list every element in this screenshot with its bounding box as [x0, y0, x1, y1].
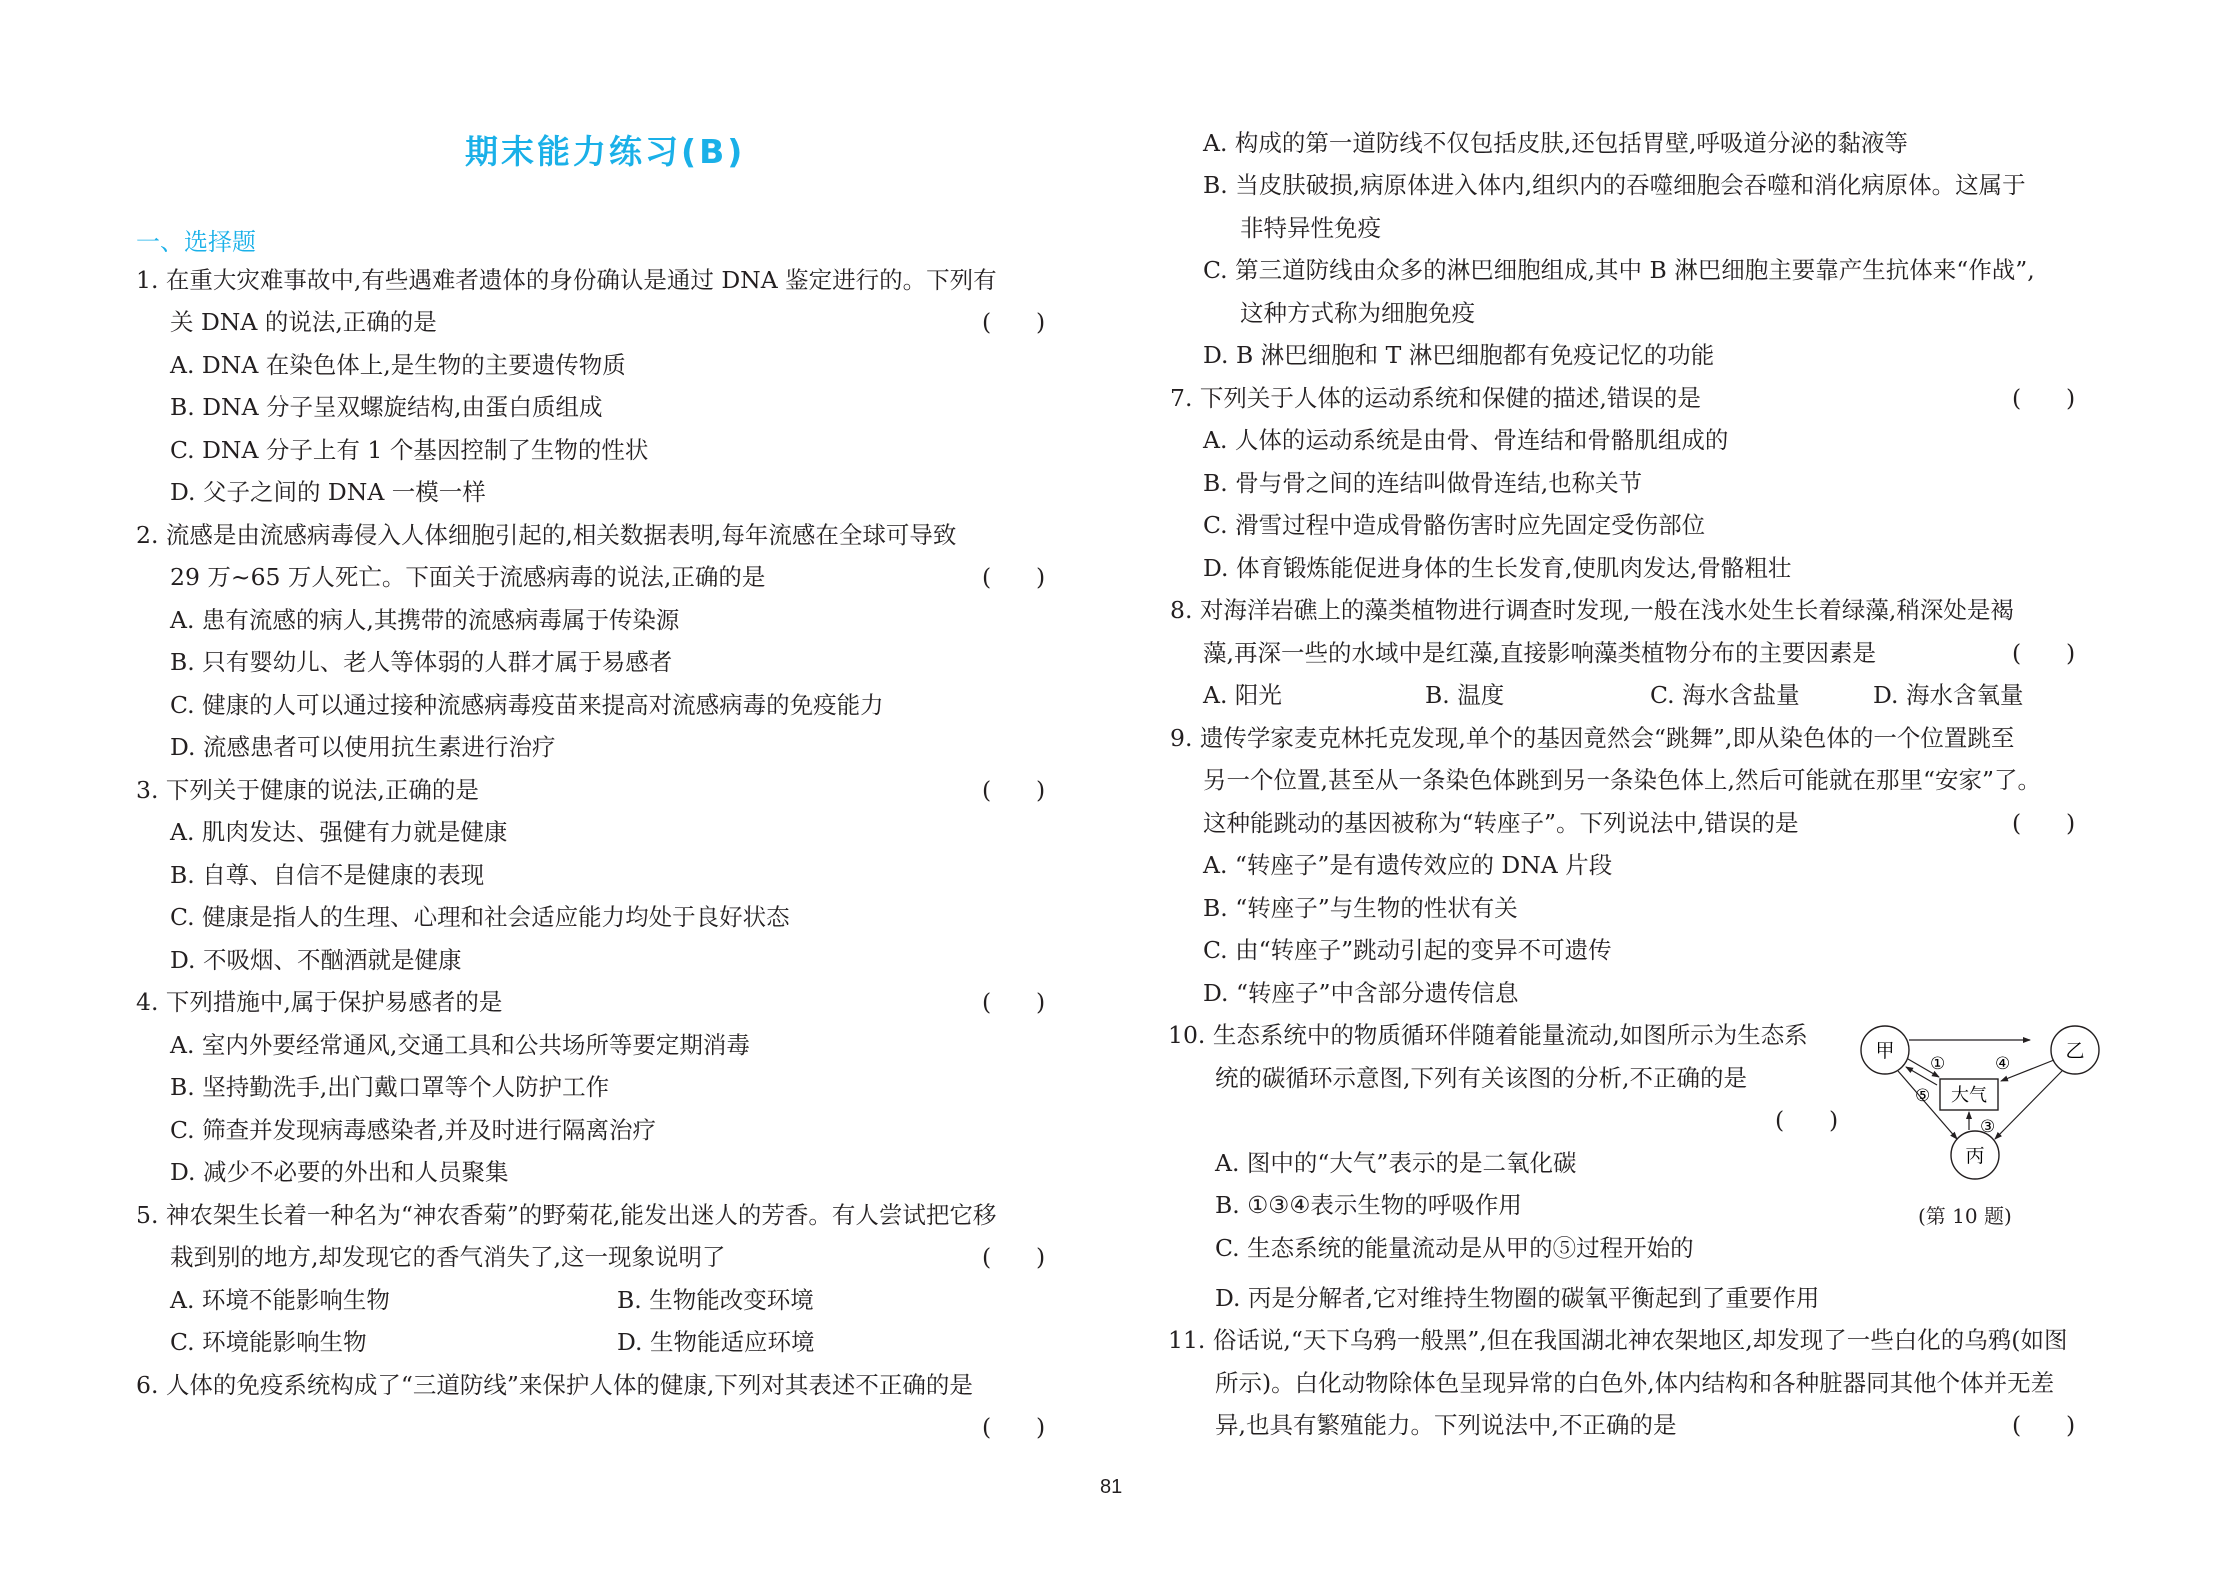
question-line: A. DNA 在染色体上,是生物的主要遗传物质 [170, 350, 626, 380]
question-line: D. 丙是分解者,它对维持生物圈的碳氧平衡起到了重要作用 [1215, 1283, 1819, 1313]
question-line: D. 减少不必要的外出和人员聚集 [170, 1157, 508, 1187]
answer-blank[interactable]: ( ) [982, 307, 1045, 337]
question-line: 1. 在重大灾难事故中,有些遇难者遗体的身份确认是通过 DNA 鉴定进行的。下列… [136, 265, 997, 295]
question-line: 8. 对海洋岩礁上的藻类植物进行调查时发现,一般在浅水处生长着绿藻,稍深处是褐 [1170, 595, 2014, 625]
question-line: C. 生态系统的能量流动是从甲的⑤过程开始的 [1215, 1233, 1694, 1263]
label-4: ④ [1995, 1054, 2010, 1074]
question-line: 6. 人体的免疫系统构成了“三道防线”来保护人体的健康,下列对其表述不正确的是 [136, 1370, 973, 1400]
answer-blank[interactable]: ( ) [1775, 1105, 1838, 1135]
question-line: 5. 神农架生长着一种名为“神农香菊”的野菊花,能发出迷人的芳香。有人尝试把它移 [136, 1200, 996, 1230]
exam-page: 期末能力练习(B) 一、选择题 1. 在重大灾难事故中,有些遇难者遗体的身份确认… [0, 0, 2220, 1571]
question-line: C. DNA 分子上有 1 个基因控制了生物的性状 [170, 435, 648, 465]
question-line: 这种能跳动的基因被称为“转座子”。下列说法中,错误的是 [1203, 808, 1799, 838]
node-jia: 甲 [1861, 1026, 1909, 1074]
question-line: 统的碳循环示意图,下列有关该图的分析,不正确的是 [1215, 1063, 1747, 1093]
question-line: B. “转座子”与生物的性状有关 [1203, 893, 1518, 923]
arrow-yi-bing [1995, 1071, 2062, 1139]
question-line: B. 坚持勤洗手,出门戴口罩等个人防护工作 [170, 1072, 609, 1102]
figure-caption: (第 10 题) [1918, 1203, 2012, 1229]
question-line: A. 人体的运动系统是由骨、骨连结和骨骼肌组成的 [1203, 425, 1728, 455]
label-5: ⑤ [1915, 1086, 1930, 1106]
question-line: 藻,再深一些的水域中是红藻,直接影响藻类植物分布的主要因素是 [1203, 638, 1876, 668]
question-line: C. 筛查并发现病毒感染者,并及时进行隔离治疗 [170, 1115, 656, 1145]
question-line: C. 滑雪过程中造成骨骼伤害时应先固定受伤部位 [1203, 510, 1705, 540]
question-line: B. 自尊、自信不是健康的表现 [170, 860, 484, 890]
question-line: 29 万~65 万人死亡。下面关于流感病毒的说法,正确的是 [170, 562, 765, 592]
question-line: D. 生物能适应环境 [617, 1327, 814, 1357]
question-line: A. 室内外要经常通风,交通工具和公共场所等要定期消毒 [170, 1030, 750, 1060]
question-line: D. “转座子”中含部分遗传信息 [1203, 978, 1518, 1008]
question-line: B. DNA 分子呈双螺旋结构,由蛋白质组成 [170, 392, 603, 422]
page-title: 期末能力练习(B) [465, 126, 745, 173]
question-line: 栽到别的地方,却发现它的香气消失了,这一现象说明了 [170, 1242, 725, 1272]
svg-text:乙: 乙 [2065, 1040, 2084, 1062]
page-number: 81 [1100, 1476, 1122, 1499]
svg-text:丙: 丙 [1965, 1145, 1984, 1167]
answer-blank[interactable]: ( ) [2012, 383, 2075, 413]
svg-text:大气: 大气 [1951, 1085, 1987, 1106]
question-line: 这种方式称为细胞免疫 [1240, 298, 1475, 328]
question-line: 7. 下列关于人体的运动系统和保健的描述,错误的是 [1170, 383, 1701, 413]
answer-blank[interactable]: ( ) [982, 1412, 1045, 1442]
question-line: 4. 下列措施中,属于保护易感者的是 [136, 987, 502, 1017]
svg-text:甲: 甲 [1875, 1040, 1894, 1062]
question-line: C. 健康的人可以通过接种流感病毒疫苗来提高对流感病毒的免疫能力 [170, 690, 884, 720]
question-line: A. 肌肉发达、强健有力就是健康 [170, 817, 507, 847]
question-line: 非特异性免疫 [1240, 213, 1381, 243]
question-line: A. 环境不能影响生物 [170, 1285, 390, 1315]
question-line: A. 阳光 [1203, 680, 1282, 710]
question-line: D. 不吸烟、不酗酒就是健康 [170, 945, 461, 975]
question-line: C. 健康是指人的生理、心理和社会适应能力均处于良好状态 [170, 902, 790, 932]
question-line: B. 温度 [1425, 680, 1504, 710]
question-line: B. 只有婴幼儿、老人等体弱的人群才属于易感者 [170, 647, 672, 677]
answer-blank[interactable]: ( ) [982, 562, 1045, 592]
question-line: 所示)。白化动物除体色呈现异常的白色外,体内结构和各种脏器同其他个体并无差 [1215, 1368, 2054, 1398]
question-line: C. 第三道防线由众多的淋巴细胞组成,其中 B 淋巴细胞主要靠产生抗体来“作战”… [1203, 255, 2035, 285]
answer-blank[interactable]: ( ) [982, 987, 1045, 1017]
node-atmosphere: 大气 [1940, 1079, 1998, 1110]
question-line: A. 患有流感的病人,其携带的流感病毒属于传染源 [170, 605, 679, 635]
answer-blank[interactable]: ( ) [2012, 808, 2075, 838]
question-line: 异,也具有繁殖能力。下列说法中,不正确的是 [1215, 1410, 1676, 1440]
question-line: B. ①③④表示生物的呼吸作用 [1215, 1190, 1522, 1220]
question-line: D. 体育锻炼能促进身体的生长发育,使肌肉发达,骨骼粗壮 [1203, 553, 1791, 583]
question-line: A. 图中的“大气”表示的是二氧化碳 [1215, 1148, 1576, 1178]
question-line: 11. 俗话说,“天下乌鸦一般黑”,但在我国湖北神农架地区,却发现了一些白化的乌… [1168, 1325, 2067, 1355]
answer-blank[interactable]: ( ) [2012, 1410, 2075, 1440]
answer-blank[interactable]: ( ) [2012, 638, 2075, 668]
question-line: A. 构成的第一道防线不仅包括皮肤,还包括胃壁,呼吸道分泌的黏液等 [1203, 128, 1908, 158]
answer-blank[interactable]: ( ) [982, 775, 1045, 805]
question-line: C. 海水含盐量 [1650, 680, 1800, 710]
question-line: 9. 遗传学家麦克林托克发现,单个的基因竟然会“跳舞”,即从染色体的一个位置跳至 [1170, 723, 2014, 753]
question-line: B. 当皮肤破损,病原体进入体内,组织内的吞噬细胞会吞噬和消化病原体。这属于 [1203, 170, 2026, 200]
label-1: ① [1930, 1054, 1945, 1074]
question-line: 另一个位置,甚至从一条染色体跳到另一条染色体上,然后可能就在那里“安家”了。 [1203, 765, 2041, 795]
question-line: 10. 生态系统中的物质循环伴随着能量流动,如图所示为生态系 [1168, 1020, 1808, 1050]
answer-blank[interactable]: ( ) [982, 1242, 1045, 1272]
question-line: 关 DNA 的说法,正确的是 [170, 307, 437, 337]
question-line: D. 流感患者可以使用抗生素进行治疗 [170, 732, 555, 762]
question-line: C. 环境能影响生物 [170, 1327, 367, 1357]
question-line: 2. 流感是由流感病毒侵入人体细胞引起的,相关数据表明,每年流感在全球可导致 [136, 520, 956, 550]
question-line: D. 海水含氧量 [1873, 680, 2023, 710]
question-line: C. 由“转座子”跳动引起的变异不可遗传 [1203, 935, 1612, 965]
label-3: ③ [1980, 1117, 1995, 1137]
question-line: 3. 下列关于健康的说法,正确的是 [136, 775, 479, 805]
node-yi: 乙 [2051, 1026, 2099, 1074]
question-line: B. 生物能改变环境 [617, 1285, 814, 1315]
question-line: D. 父子之间的 DNA 一模一样 [170, 477, 486, 507]
section-heading: 一、选择题 [136, 222, 256, 257]
question-line: A. “转座子”是有遗传效应的 DNA 片段 [1203, 850, 1612, 880]
question-line: B. 骨与骨之间的连结叫做骨连结,也称关节 [1203, 468, 1642, 498]
node-bing: 丙 [1951, 1131, 1999, 1179]
question-line: D. B 淋巴细胞和 T 淋巴细胞都有免疫记忆的功能 [1203, 340, 1714, 370]
